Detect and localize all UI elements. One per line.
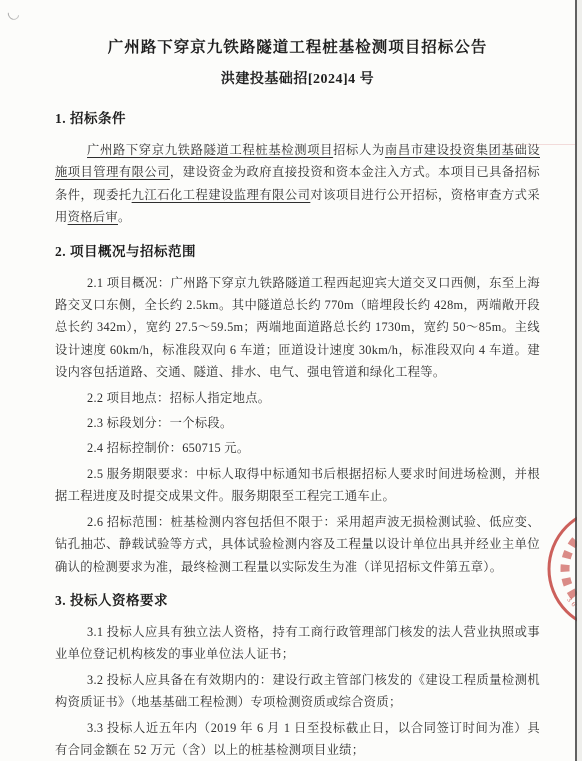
paragraph-3-1: 3.1 投标人应具有独立法人资格，持有工商行政管理部门核发的法人营业执照或事业单… <box>55 621 540 666</box>
section-project-overview: 2. 项目概况与招标范围 2.1 项目概况：广州路下穿京九铁路隧道工程西起迎宾大… <box>55 241 540 578</box>
section-1-paragraph: 广州路下穿京九铁路隧道工程桩基检测项目招标人为南昌市建设投资集团基础设施项目管理… <box>55 139 540 229</box>
paragraph-3-2: 3.2 投标人应具备在有效期内的：建设行政主管部门核发的《建设工程质量检测机构资… <box>55 669 540 714</box>
paragraph-2-2: 2.2 项目地点：招标人指定地点。 <box>55 387 540 409</box>
section-bidder-qualifications: 3. 投标人资格要求 3.1 投标人应具有独立法人资格，持有工商行政管理部门核发… <box>55 590 540 761</box>
paragraph-2-1: 2.1 项目概况：广州路下穿京九铁路隧道工程西起迎宾大道交叉口西侧，东至上海路交… <box>55 272 540 384</box>
scan-artifact-mark <box>6 6 22 22</box>
section-3-heading: 3. 投标人资格要求 <box>55 590 540 611</box>
paragraph-3-3: 3.3 投标人近五年内（2019 年 6 月 1 日至投标截止日，以合同签订时间… <box>55 717 540 761</box>
section-bidding-conditions: 1. 招标条件 广州路下穿京九铁路隧道工程桩基检测项目招标人为南昌市建设投资集团… <box>55 108 540 229</box>
paragraph-2-5: 2.5 服务期限要求：中标人取得中标通知书后根据招标人要求时间进场检测，并根据工… <box>55 463 540 508</box>
document-title: 广州路下穿京九铁路隧道工程桩基检测项目招标公告 <box>55 36 540 60</box>
section-1-heading: 1. 招标条件 <box>55 108 540 129</box>
paragraph-2-3: 2.3 标段划分：一个标段。 <box>55 412 540 434</box>
scan-artifact-line <box>498 144 575 145</box>
document-number: 洪建投基础招[2024]4 号 <box>55 69 540 91</box>
paragraph-2-6: 2.6 招标范围：桩基检测内容包括但不限于：采用超声波无损检测试验、低应变、钻孔… <box>55 511 540 578</box>
paragraph-2-4: 2.4 招标控制价：650715 元。 <box>55 437 540 459</box>
page-edge-margin <box>577 0 582 761</box>
section-2-heading: 2. 项目概况与招标范围 <box>55 241 540 262</box>
scanned-document-page: 广州路下穿京九铁路隧道工程桩基检测项目招标公告 洪建投基础招[2024]4 号 … <box>0 0 582 761</box>
